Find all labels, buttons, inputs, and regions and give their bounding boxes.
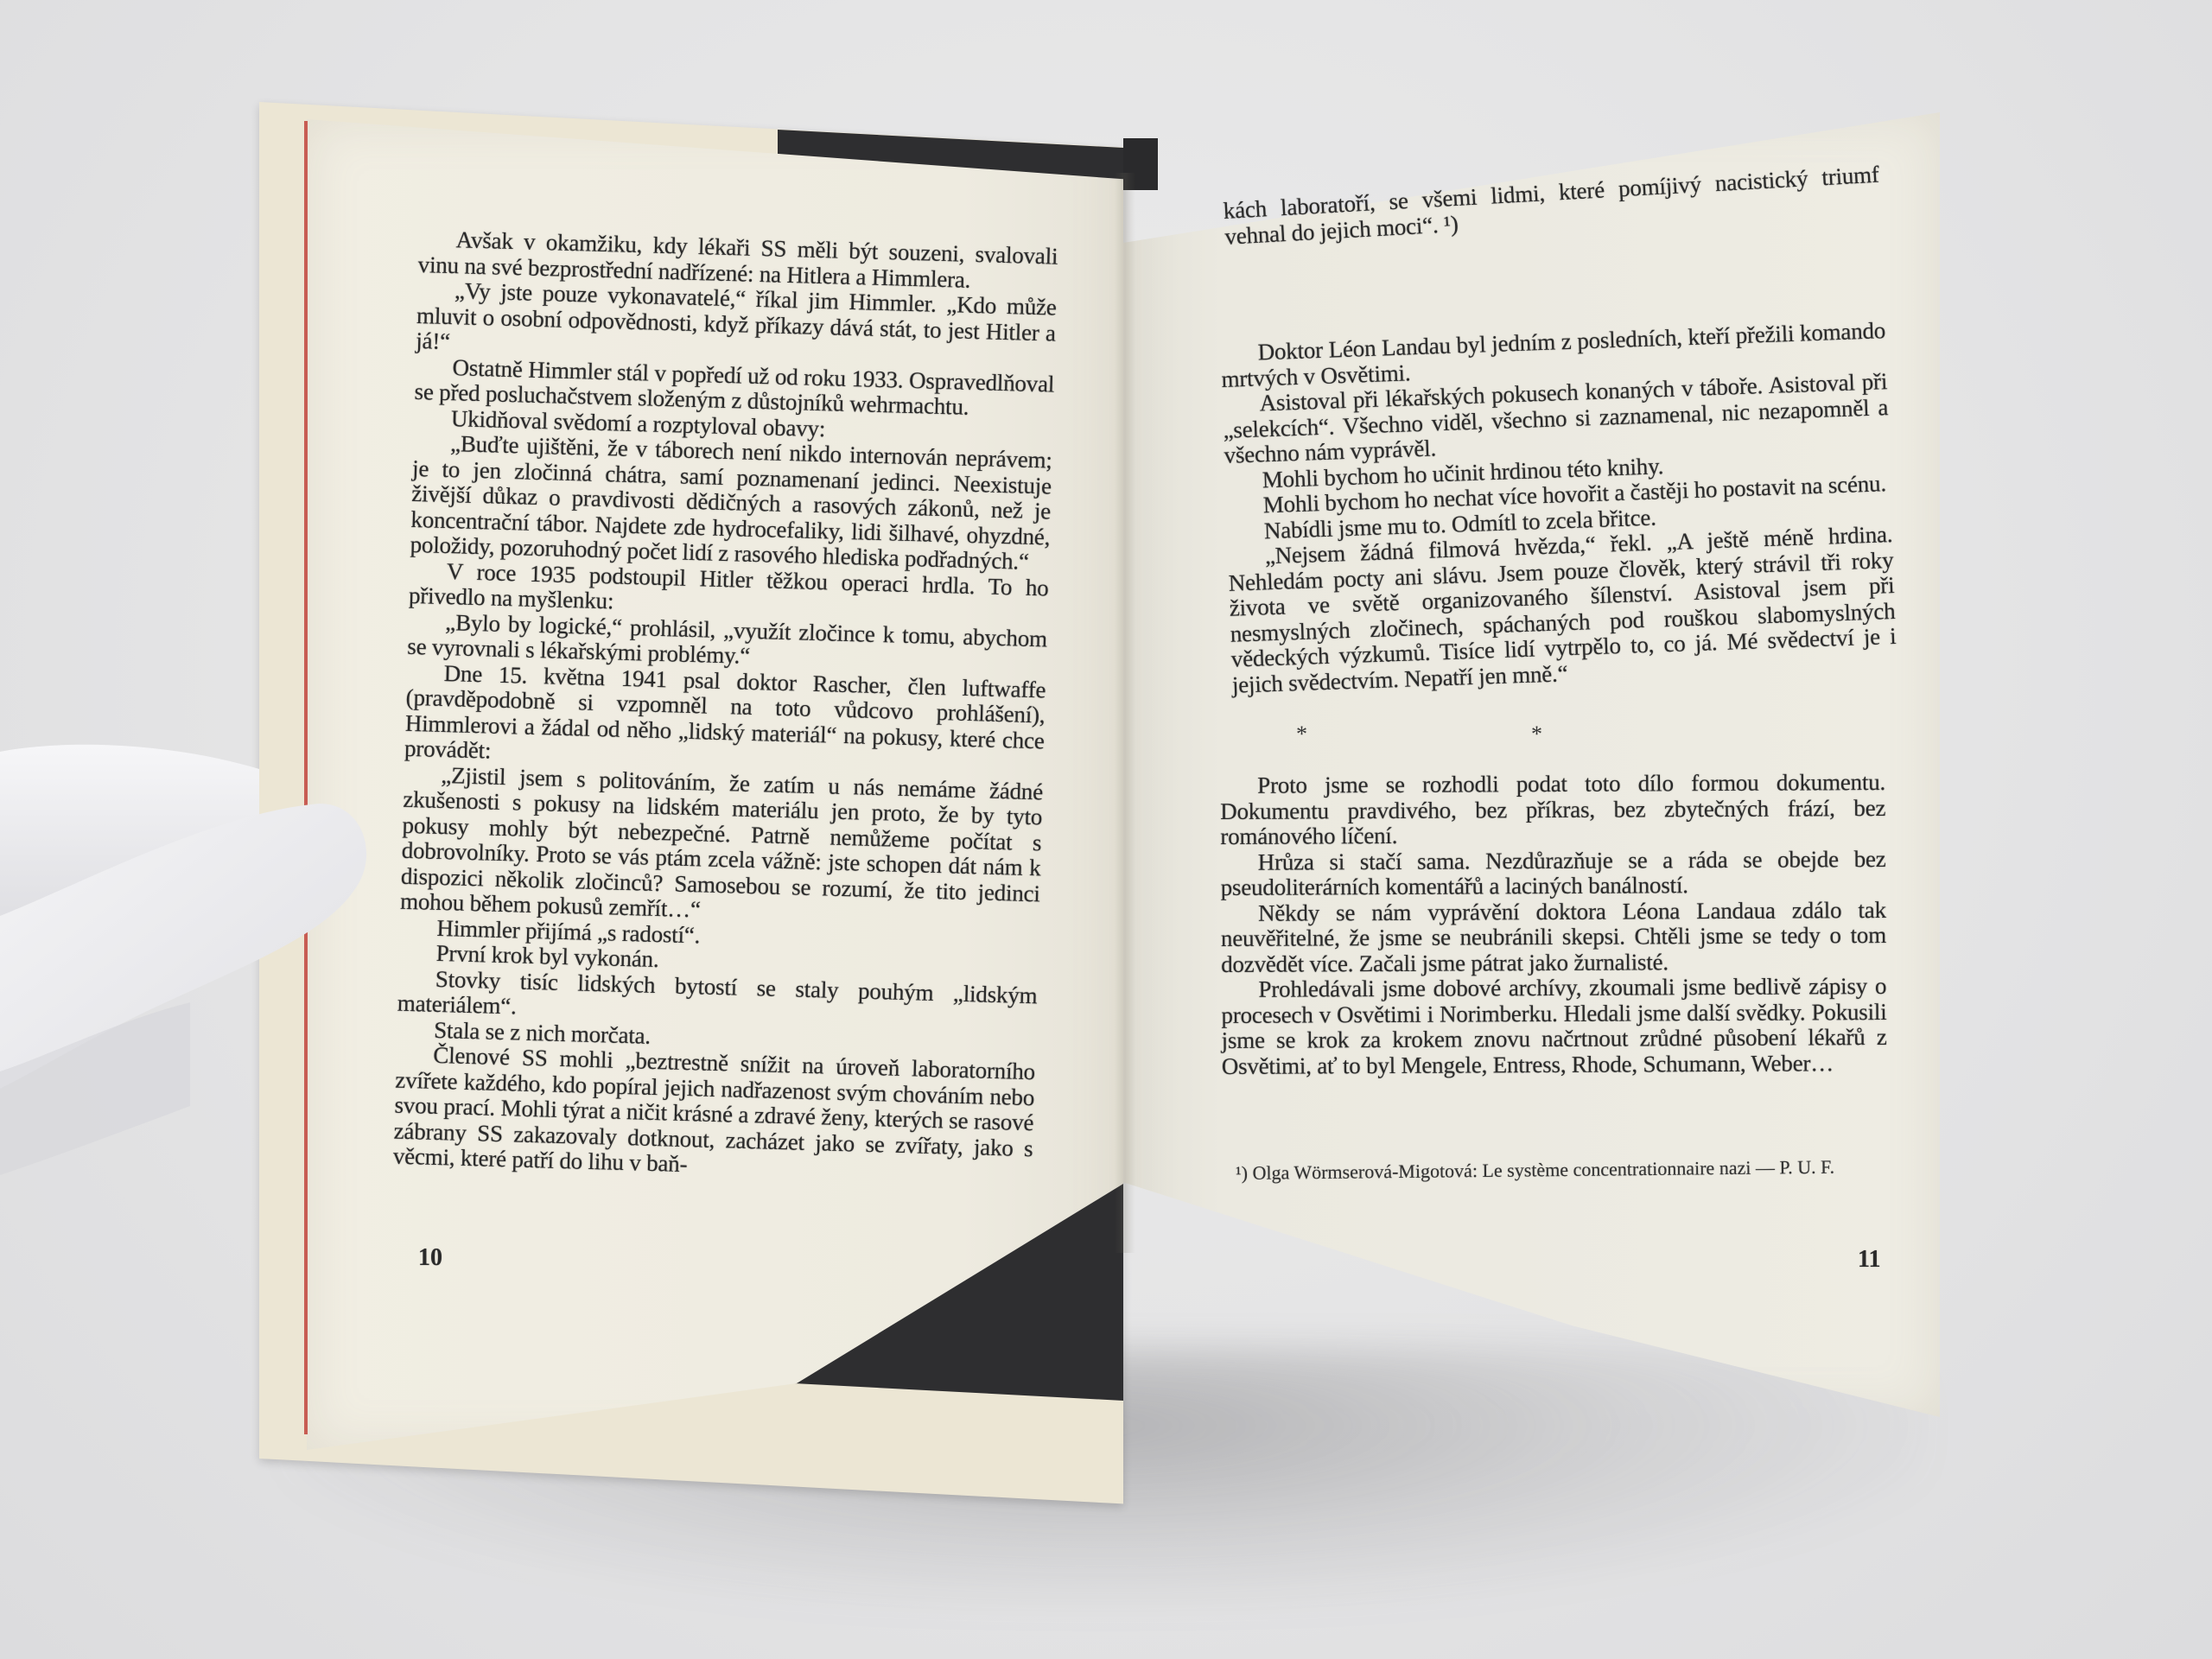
section-separator: * * bbox=[1296, 721, 1642, 747]
right-page bbox=[1123, 112, 1940, 1417]
paragraph: Členové SS mohli „beztrestně snížit na ú… bbox=[393, 1042, 1036, 1187]
paragraph: Proto jsme se rozhodli podat toto dílo f… bbox=[1220, 770, 1885, 850]
right-page-middle-text: Doktor Léon Landau byl jedním z poslední… bbox=[1220, 318, 1897, 698]
paragraph: „Nejsem žádná filmová hvězda,“ řekl. „A … bbox=[1227, 522, 1897, 698]
separator-star: * bbox=[1296, 721, 1307, 747]
paragraph: Dne 15. května 1941 psal doktor Rascher,… bbox=[404, 659, 1046, 779]
paragraph: „Buďte ujištěni, že v táborech není nikd… bbox=[410, 430, 1052, 575]
left-page-text: Avšak v okamžiku, kdy lékaři SS měli být… bbox=[393, 226, 1058, 1187]
page-number-right: 11 bbox=[1858, 1246, 1880, 1274]
paragraph: Hrůza si stačí sama. Nezdůrazňuje se a r… bbox=[1220, 846, 1885, 900]
white-glove-hand bbox=[0, 743, 372, 1192]
paragraph: Prohledávali jsme dobové archívy, zkouma… bbox=[1221, 974, 1887, 1079]
page-number-left: 10 bbox=[418, 1244, 442, 1272]
paragraph: Někdy se nám vyprávění doktora Léona Lan… bbox=[1221, 897, 1886, 977]
right-page-bottom-text: Proto jsme se rozhodli podat toto dílo f… bbox=[1220, 770, 1887, 1079]
separator-star: * bbox=[1531, 721, 1542, 747]
paragraph: „Zjistil jsem s politováním, že zatím u … bbox=[400, 761, 1044, 932]
book-gutter bbox=[1115, 173, 1135, 1253]
